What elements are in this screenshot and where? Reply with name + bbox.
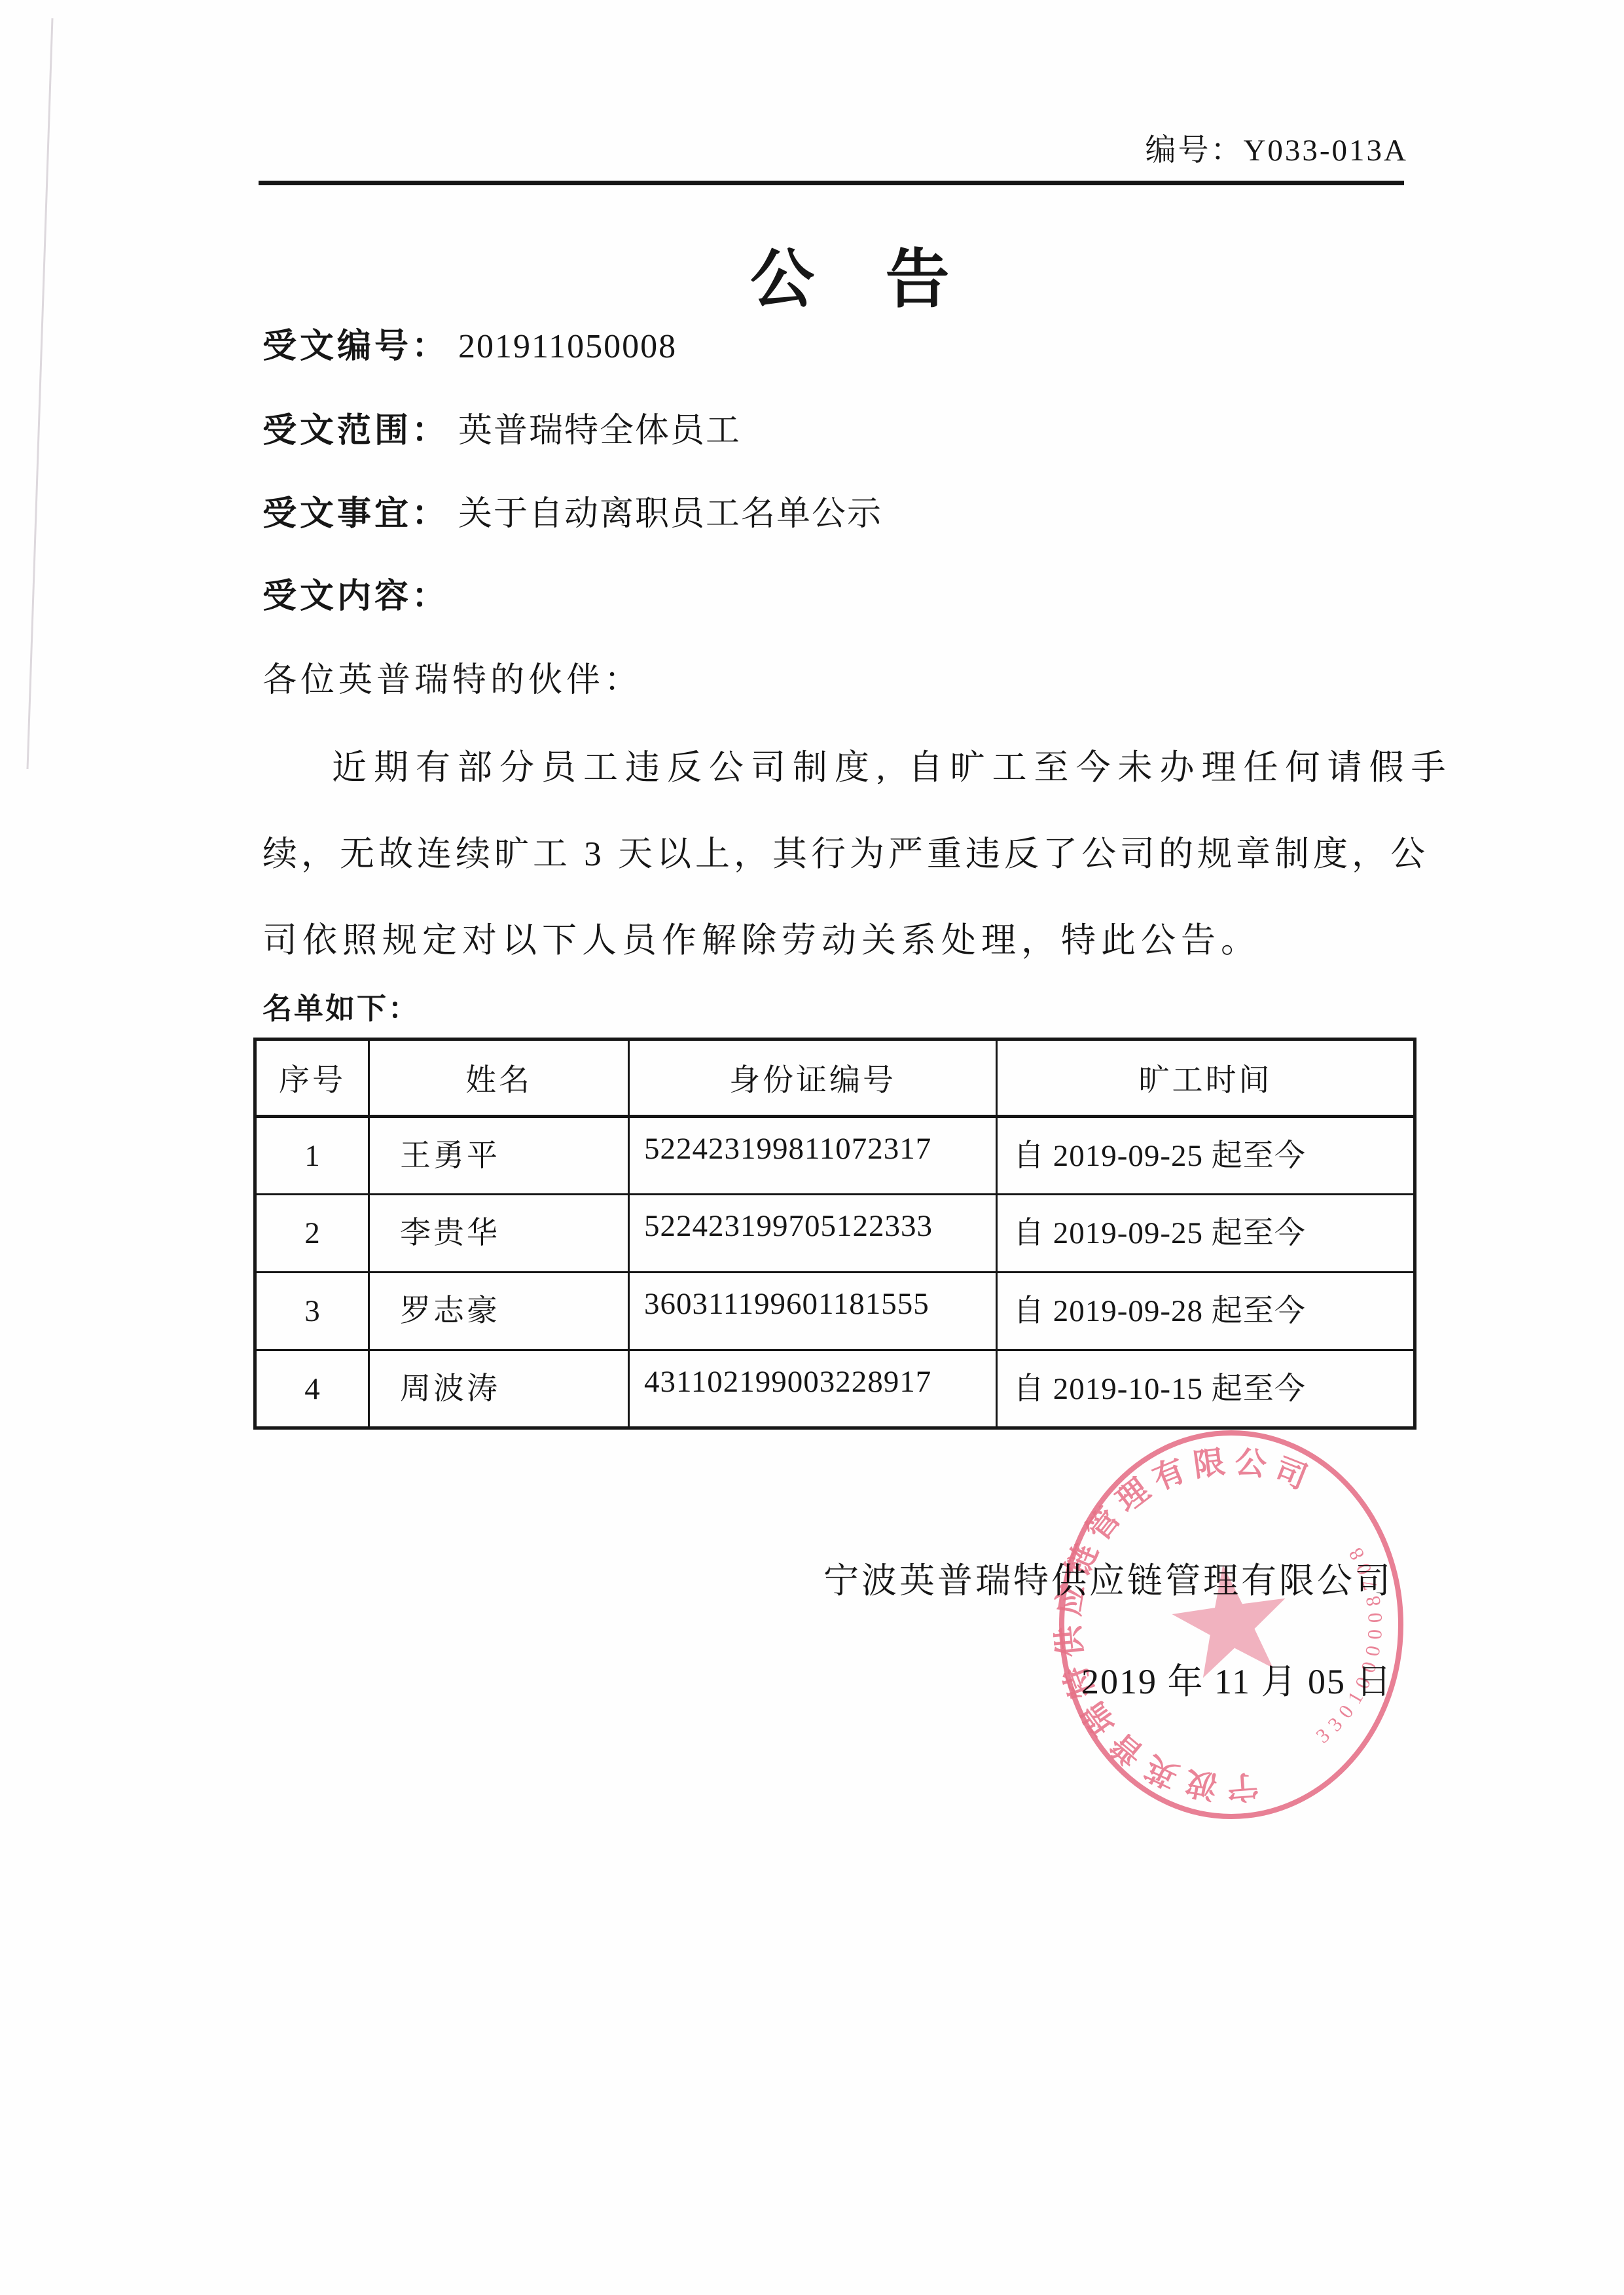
table-row: 3 罗志豪 360311199601181555 自 2019-09-28 起至…	[255, 1273, 1415, 1350]
meta-label: 受文事宜：	[262, 496, 449, 533]
table-row: 4 周波涛 431102199003228917 自 2019-10-15 起至…	[255, 1350, 1415, 1428]
body-line: 近期有部分员工违反公司制度, 自旷工至今未办理任何请假手	[262, 740, 1484, 789]
meta-line-scope: 受文范围：英普瑞特全体员工	[262, 403, 741, 452]
scanned-notice-page: 编号：Y033-013A 公 告 受文编号：201911050008 受文范围：…	[0, 0, 1624, 2295]
list-intro: 名单如下：	[262, 985, 420, 1027]
cell-absence-period: 自 2019-09-25 起至今	[997, 1195, 1415, 1273]
col-header-id-number: 身份证编号	[629, 1039, 997, 1117]
col-header-absence-period: 旷工时间	[997, 1039, 1415, 1117]
dismissed-employees-table: 序号 姓名 身份证编号 旷工时间 1 王勇平 52242319981107231…	[253, 1038, 1416, 1430]
signature-date: 2019 年 11 月 05 日	[1081, 1653, 1393, 1704]
document-number: 编号：Y033-013A	[1145, 126, 1408, 170]
cell-name: 王勇平	[369, 1117, 629, 1195]
cell-index: 2	[255, 1195, 369, 1273]
table-header-row: 序号 姓名 身份证编号 旷工时间	[255, 1039, 1415, 1117]
cell-name: 李贵华	[369, 1195, 629, 1273]
meta-value: 英普瑞特全体员工	[458, 412, 741, 450]
body-line: 司依照规定对以下人员作解除劳动关系处理，特此公告。	[262, 913, 1415, 962]
meta-value: 关于自动离职员工名单公示	[458, 496, 882, 533]
company-seal-stamp: 宁波英普瑞特供应链管理有限公司 3301000008708	[1002, 1375, 1460, 1875]
col-header-index: 序号	[255, 1039, 369, 1117]
signature-company: 宁波英普瑞特供应链管理有限公司	[823, 1553, 1393, 1603]
cell-index: 1	[255, 1117, 369, 1195]
meta-line-subject: 受文事宜：关于自动离职员工名单公示	[262, 486, 882, 535]
body-line: 续，无故连续旷工 3 天以上，其行为严重违反了公司的规章制度，公	[262, 826, 1415, 876]
meta-label: 受文范围：	[262, 412, 449, 450]
meta-value: 201911050008	[458, 328, 677, 365]
col-header-name: 姓名	[369, 1039, 629, 1117]
svg-text:宁波英普瑞特供应链管理有限公司: 宁波英普瑞特供应链管理有限公司	[1023, 1417, 1320, 1812]
seal-ring-text: 宁波英普瑞特供应链管理有限公司	[1023, 1417, 1320, 1812]
cell-absence-period: 自 2019-09-28 起至今	[997, 1273, 1415, 1350]
cell-id-number: 522423199811072317	[629, 1117, 997, 1195]
meta-line-content: 受文内容：	[262, 568, 458, 617]
cell-id-number: 431102199003228917	[629, 1350, 997, 1428]
meta-line-doc-id: 受文编号：201911050008	[262, 318, 677, 367]
salutation: 各位英普瑞特的伙伴：	[262, 652, 642, 701]
table-row: 1 王勇平 522423199811072317 自 2019-09-25 起至…	[255, 1117, 1415, 1195]
table-row: 2 李贵华 522423199705122333 自 2019-09-25 起至…	[255, 1195, 1415, 1273]
seal-ring	[1062, 1433, 1401, 1816]
cell-absence-period: 自 2019-10-15 起至今	[997, 1350, 1415, 1428]
meta-label: 受文内容：	[262, 578, 449, 615]
cell-id-number: 522423199705122333	[629, 1195, 997, 1273]
cell-id-number: 360311199601181555	[629, 1273, 997, 1350]
cell-absence-period: 自 2019-09-25 起至今	[997, 1117, 1415, 1195]
cell-name: 罗志豪	[369, 1273, 629, 1350]
page-title: 公 告	[750, 228, 977, 320]
cell-index: 3	[255, 1273, 369, 1350]
meta-label: 受文编号：	[262, 328, 449, 365]
header-rule	[259, 181, 1404, 185]
cell-index: 4	[255, 1350, 369, 1428]
cell-name: 周波涛	[369, 1350, 629, 1428]
